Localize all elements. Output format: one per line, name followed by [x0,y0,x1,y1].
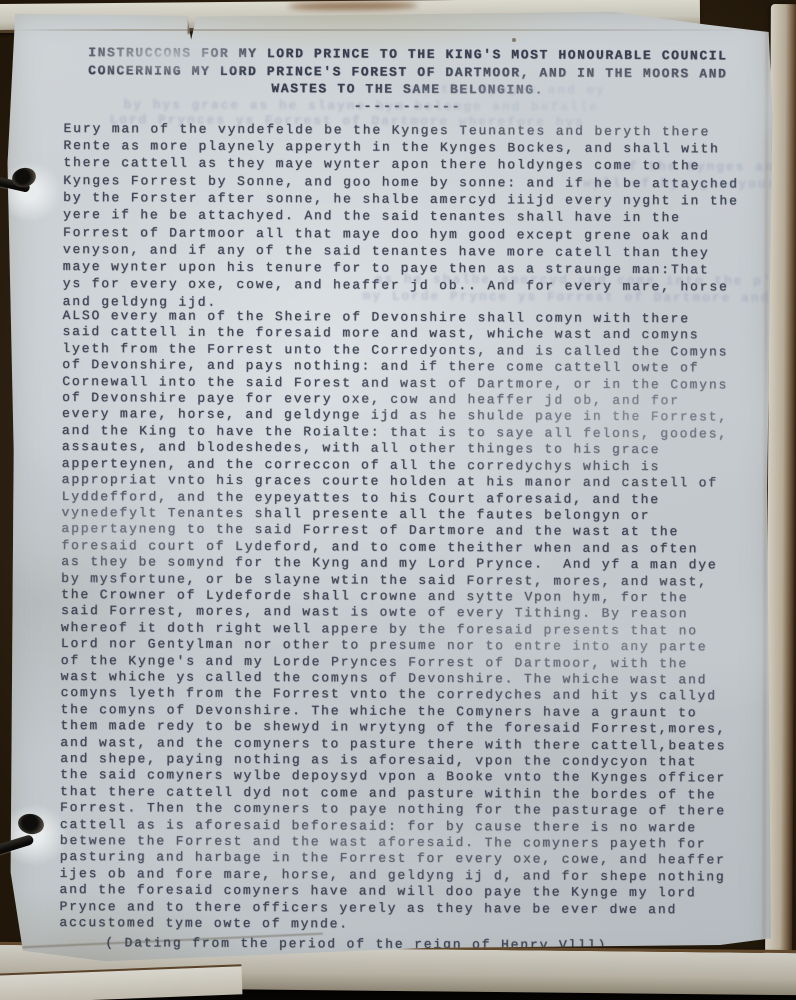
document-title: INSTRUCCONS FOR MY LORD PRINCE TO THE KI… [64,44,752,100]
ghost-text: my Lorde Prynce ys Forrest of Dartmore a… [363,289,771,306]
ghost-text: wyll of hys gracyous [583,176,777,192]
ghost-text: of the Kynges and my [619,159,796,175]
paragraph-2: ALSO every man of the Sheire of Devonshi… [59,308,762,935]
ghost-text: as the Kynges and my [412,82,606,98]
document-page: INSTRUCCONS FOR MY LORD PRINCE TO THE KI… [6,10,774,968]
ghost-text: Lord Prynces ys Forrest of Dartmore wher… [110,112,585,129]
ghost-text: as he shalbe amercyd and come into the p… [375,272,796,289]
typed-text-block: INSTRUCCONS FOR MY LORD PRINCE TO THE KI… [59,40,764,955]
paper-crease-top [6,29,774,31]
